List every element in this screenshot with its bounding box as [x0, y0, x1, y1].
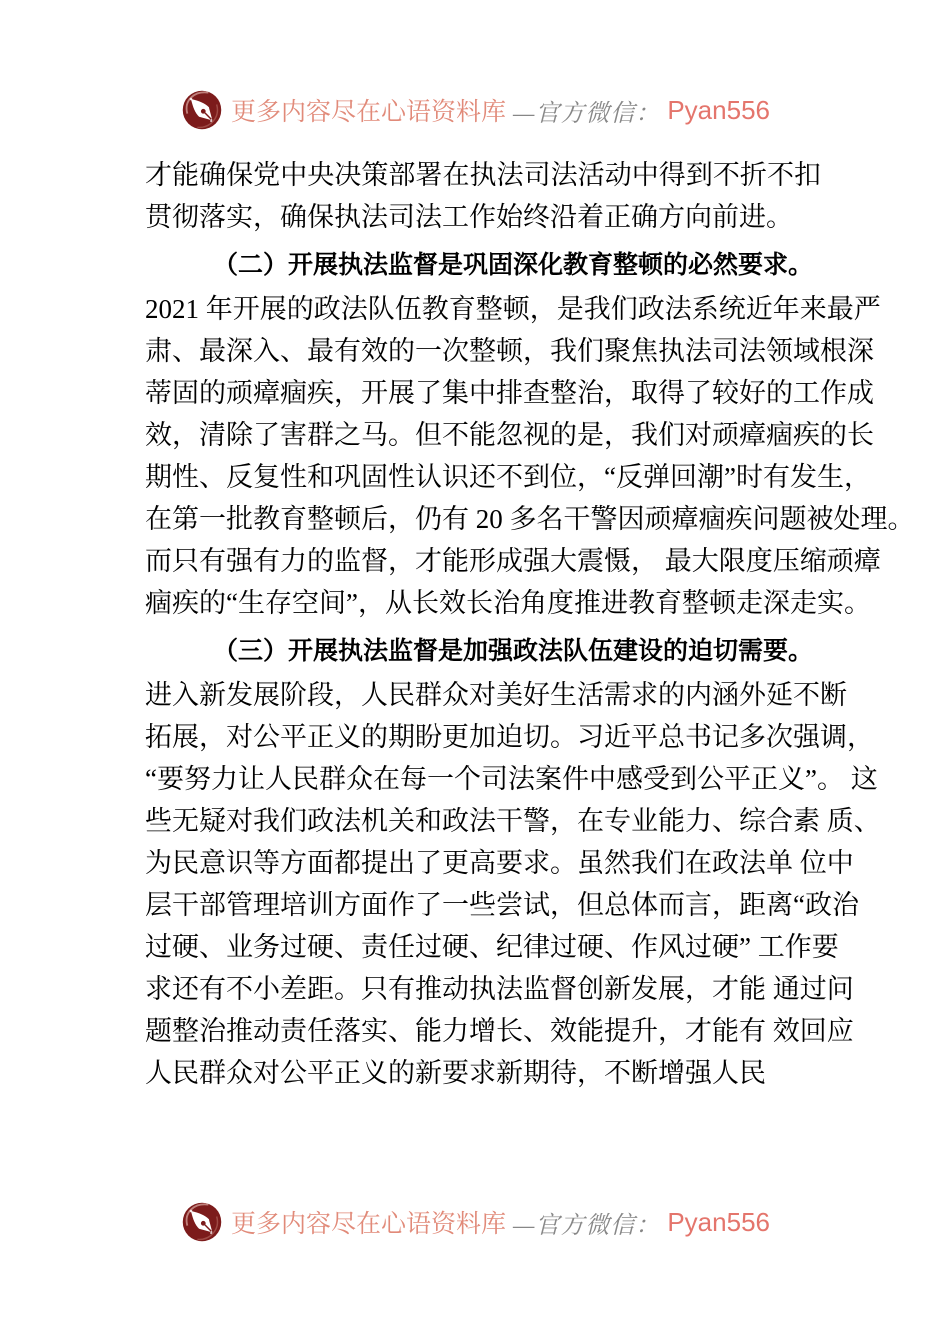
watermark-wechat-label: —官方微信： — [513, 93, 660, 128]
text-line: 为民意识等方面都提出了更高要求。虽然我们在政法单 位中 — [145, 842, 821, 884]
text-line: “要努力让人民群众在每一个司法案件中感受到公平正义”。 这 — [145, 758, 821, 800]
watermark-header: 更多内容尽在心语资料库—官方微信：Pyan556 — [0, 86, 950, 134]
watermark-brand-text: 更多内容尽在心语资料库 — [231, 1204, 506, 1240]
text-line: 肃、最深入、最有效的一次整顿，我们聚焦执法司法领域根深 — [145, 330, 821, 372]
section-heading: （三）开展执法监督是加强政法队伍建设的迫切需要。 — [145, 630, 821, 672]
text-line: 人民群众对公平正义的新要求新期待，不断增强人民 — [145, 1052, 821, 1094]
text-line: 些无疑对我们政法机关和政法干警，在专业能力、综合素 质、 — [145, 800, 821, 842]
watermark-brand-text: 更多内容尽在心语资料库 — [231, 92, 506, 128]
text-line: 2021 年开展的政法队伍教育整顿，是我们政法系统近年来最严 — [145, 288, 821, 330]
text-line: 才能确保党中央决策部署在执法司法活动中得到不折不扣 — [145, 154, 821, 196]
text-line: 题整治推动责任落实、能力增长、效能提升，才能有 效回应 — [145, 1010, 821, 1052]
paragraph: 2021 年开展的政法队伍教育整顿，是我们政法系统近年来最严肃、最深入、最有效的… — [145, 288, 821, 624]
watermark-wechat-id: Pyan556 — [667, 95, 770, 126]
document-page: 更多内容尽在心语资料库—官方微信：Pyan556 才能确保党中央决策部署在执法司… — [0, 0, 950, 1344]
text-line: 进入新发展阶段，人民群众对美好生活需求的内涵外延不断 — [145, 674, 821, 716]
text-line: 痼疾的“生存空间”，从长效长治角度推进教育整顿走深走实。 — [145, 582, 821, 624]
text-line: 过硬、业务过硬、责任过硬、纪律过硬、作风过硬” 工作要 — [145, 926, 821, 968]
text-line: 蒂固的顽瘴痼疾，开展了集中排查整治，取得了较好的工作成 — [145, 372, 821, 414]
watermark-wechat-label: —官方微信： — [513, 1205, 660, 1240]
text-line: 求还有不小差距。只有推动执法监督创新发展，才能 通过问 — [145, 968, 821, 1010]
text-line: 效，清除了害群之马。但不能忽视的是，我们对顽瘴痼疾的长 — [145, 414, 821, 456]
pen-nib-circle-icon — [180, 86, 224, 134]
text-line: 层干部管理培训方面作了一些尝试，但总体而言，距离“政治 — [145, 884, 821, 926]
paragraph: 才能确保党中央决策部署在执法司法活动中得到不折不扣贯彻落实，确保执法司法工作始终… — [145, 154, 821, 238]
text-line: 在第一批教育整顿后，仍有 20 多名干警因顽瘴痼疾问题被处理。 — [145, 498, 821, 540]
pen-nib-circle-icon — [180, 1198, 224, 1246]
watermark-footer: 更多内容尽在心语资料库—官方微信：Pyan556 — [0, 1198, 950, 1246]
document-body: 才能确保党中央决策部署在执法司法活动中得到不折不扣贯彻落实，确保执法司法工作始终… — [145, 154, 821, 1094]
paragraph: 进入新发展阶段，人民群众对美好生活需求的内涵外延不断拓展，对公平正义的期盼更加迫… — [145, 674, 821, 1094]
text-line: 而只有强有力的监督，才能形成强大震慑， 最大限度压缩顽瘴 — [145, 540, 821, 582]
section-heading: （二）开展执法监督是巩固深化教育整顿的必然要求。 — [145, 244, 821, 286]
watermark-wechat-id: Pyan556 — [667, 1207, 770, 1238]
text-line: 期性、反复性和巩固性认识还不到位，“反弹回潮”时有发生， — [145, 456, 821, 498]
text-line: 拓展，对公平正义的期盼更加迫切。习近平总书记多次强调， — [145, 716, 821, 758]
text-line: 贯彻落实，确保执法司法工作始终沿着正确方向前进。 — [145, 196, 821, 238]
